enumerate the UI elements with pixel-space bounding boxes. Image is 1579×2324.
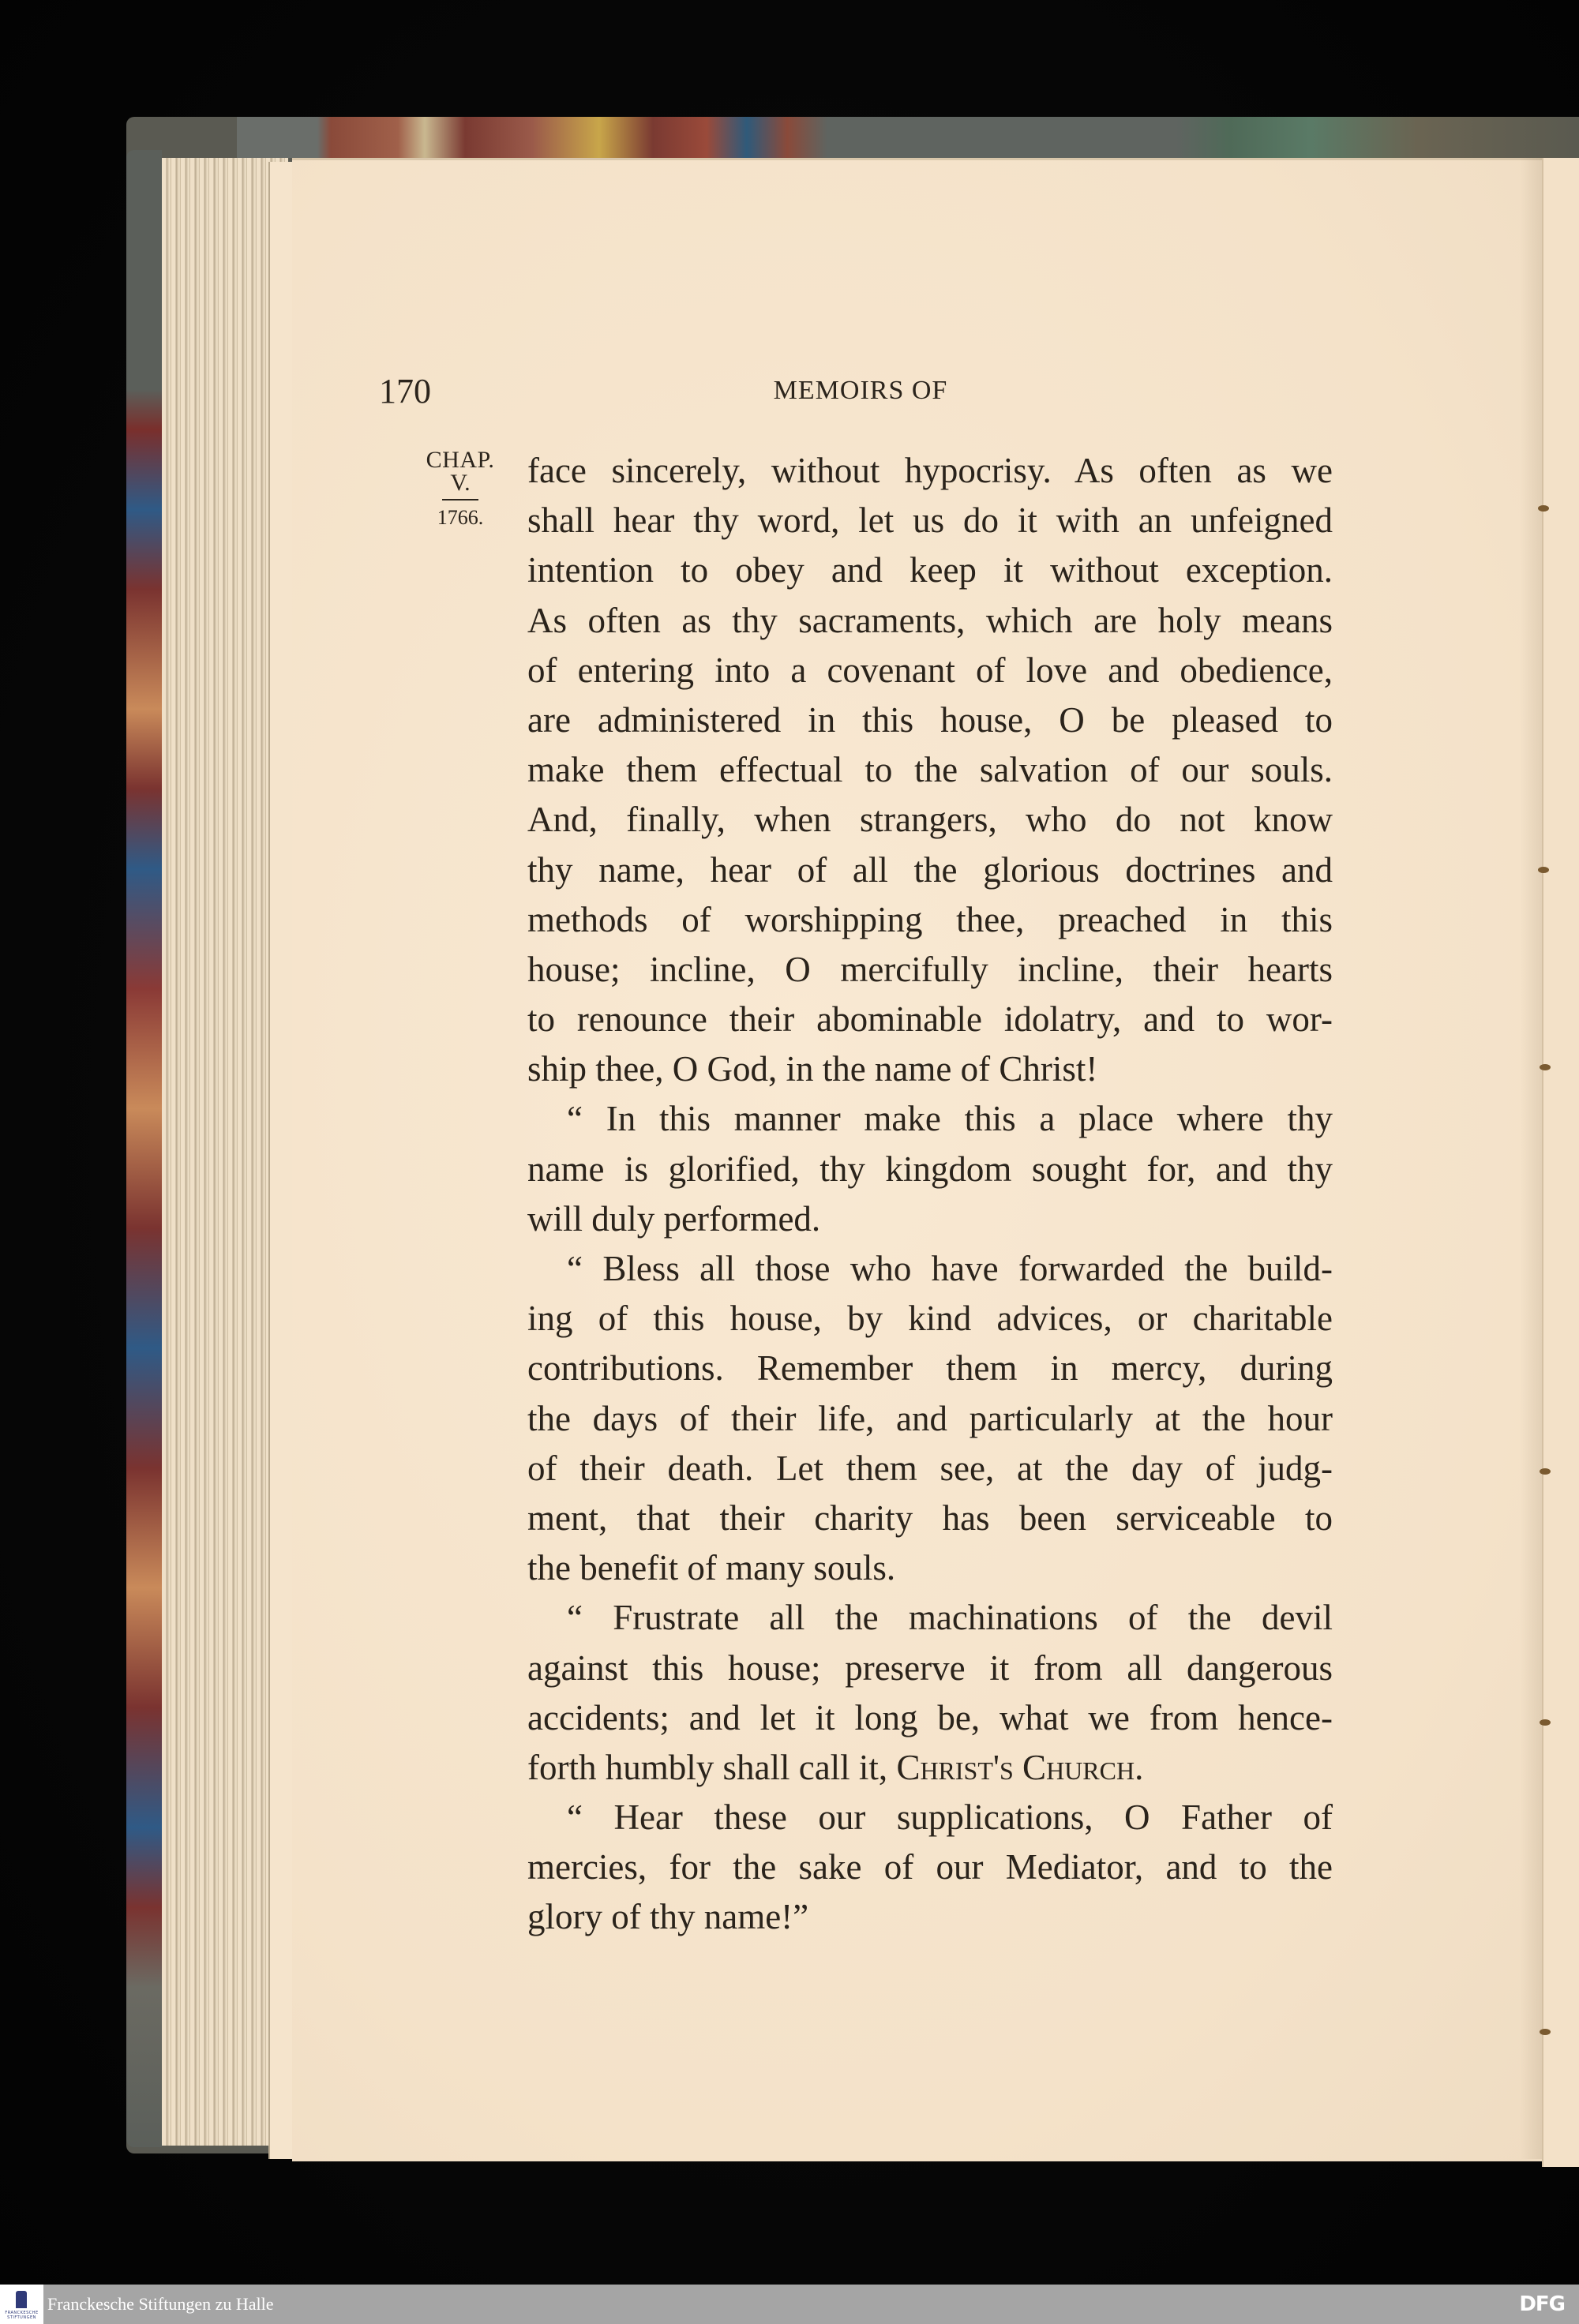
chapter-label: CHAP. [417,448,504,472]
binding-stain [1538,505,1549,512]
gutter-shadow [1520,158,1543,2159]
text-line: house; incline, O mercifully incline, th… [527,945,1333,995]
text-line: shall hear thy word, let us do it with a… [527,496,1333,545]
text-line: are administered in this house, O be ple… [527,695,1333,745]
marbled-cover-top-edge [237,117,1579,158]
text-line: And, finally, when strangers, who do not… [527,795,1333,845]
margin-rule [442,499,478,500]
text-line: contributions. Remember them in mercy, d… [527,1344,1333,1393]
institution-logo: FRANCKESCHE STIFTUNGEN [0,2285,43,2324]
text-line: intention to obey and keep it without ex… [527,545,1333,595]
institution-name: Franckesche Stiftungen zu Halle [47,2294,274,2315]
text-line: against this house; preserve it from all… [527,1644,1333,1693]
text-line: forth humbly shall call it, Christ's Chu… [527,1743,1333,1793]
marbled-cover-left-edge [126,150,162,2147]
text-line: the days of their life, and particularly… [527,1394,1333,1444]
facing-page-edge [1542,158,1579,2167]
small-caps-text: Christ's Church. [896,1748,1143,1787]
text-line: make them effectual to the salvation of … [527,745,1333,795]
margin-year: 1766. [417,507,504,529]
text-line: glory of thy name!” [527,1892,1333,1942]
running-head-title: MEMOIRS OF [379,376,1342,406]
body-text: face sincerely, without hypocrisy. As of… [527,446,1333,1943]
page-stack-inner [268,162,295,2159]
binding-stain [1540,1468,1551,1475]
text-line: ship thee, O God, in the name of Christ! [527,1044,1333,1094]
text-line: mercies, for the sake of our Mediator, a… [527,1842,1333,1892]
text-line: methods of worshipping thee, preached in… [527,895,1333,945]
text-line: “ Bless all those who have forwarded the… [527,1244,1333,1294]
text-line: of their death. Let them see, at the day… [527,1444,1333,1494]
text-line: ment, that their charity has been servic… [527,1494,1333,1543]
binding-stain [1540,2029,1551,2035]
text-line: accidents; and let it long be, what we f… [527,1693,1333,1743]
running-head: 170 MEMOIRS OF [379,371,1342,418]
logo-text: FRANCKESCHE STIFTUNGEN [2,2311,42,2320]
statue-icon [16,2291,27,2308]
text-line: “ In this manner make this a place where… [527,1094,1333,1144]
text-line: name is glorified, thy kingdom sought fo… [527,1145,1333,1194]
text-line: of entering into a covenant of love and … [527,646,1333,695]
text-line: “ Frustrate all the machinations of the … [527,1593,1333,1643]
text-line: will duly performed. [527,1194,1333,1244]
text-line: ing of this house, by kind advices, or c… [527,1294,1333,1344]
text-line: face sincerely, without hypocrisy. As of… [527,446,1333,496]
binding-stain [1540,1064,1551,1070]
text-line: As often as thy sacraments, which are ho… [527,596,1333,646]
text-line: to renounce their abominable idolatry, a… [527,995,1333,1044]
margin-note: CHAP. V. 1766. [417,448,504,529]
text-line: thy name, hear of all the glorious doctr… [527,845,1333,895]
binding-stain [1538,867,1549,873]
text-line: “ Hear these our supplications, O Father… [527,1793,1333,1842]
footer-bar: FRANCKESCHE STIFTUNGEN Franckesche Stift… [0,2285,1579,2324]
chapter-number: V. [417,472,504,494]
text-line: the benefit of many souls. [527,1543,1333,1593]
dfg-logo: DFG [1519,2292,1565,2316]
binding-stain [1540,1719,1551,1726]
